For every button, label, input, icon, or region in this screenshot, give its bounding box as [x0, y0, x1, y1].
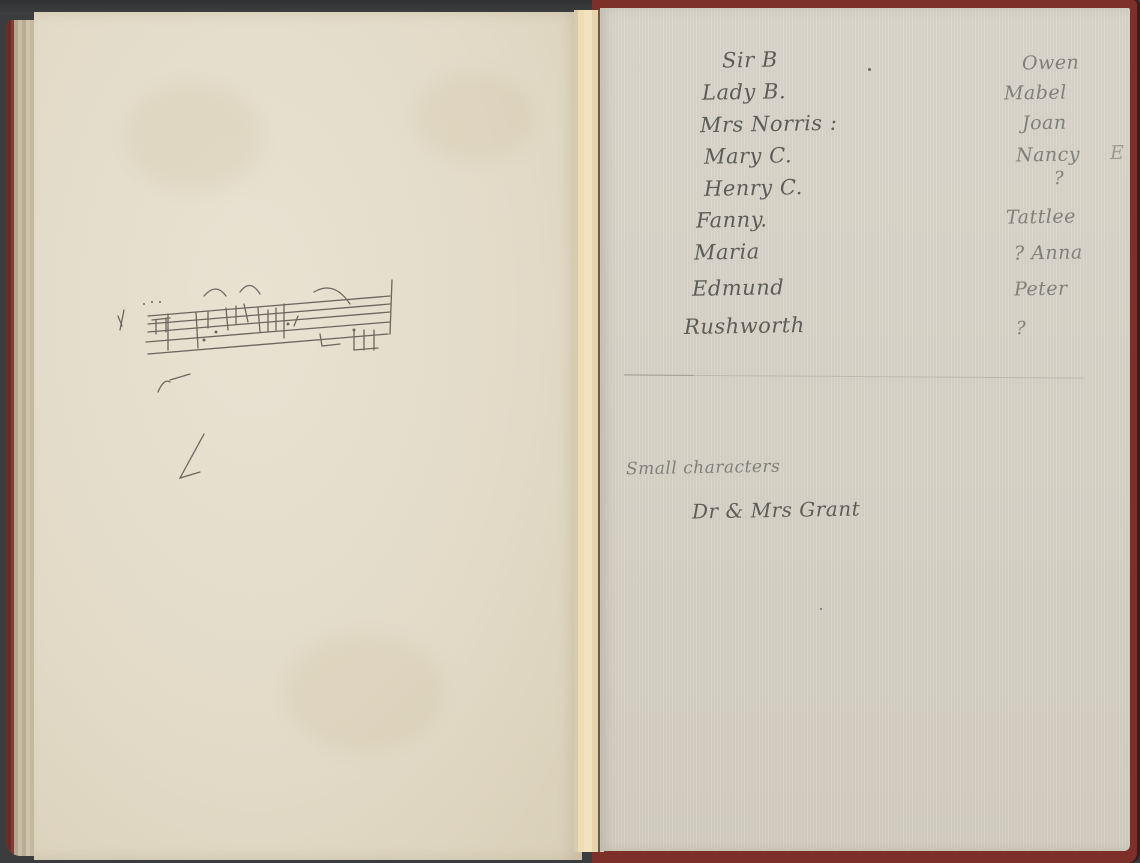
- character-name: Henry C.: [704, 175, 803, 201]
- actor-name: ? Anna: [1014, 241, 1083, 264]
- character-name: Fanny.: [696, 207, 768, 232]
- right-page: [600, 8, 1130, 851]
- character-name: Sir B: [722, 48, 778, 73]
- actor-name: ?: [1054, 168, 1065, 189]
- actor-name: Tattlee: [1006, 205, 1076, 228]
- pencil-dot: [820, 608, 822, 610]
- character-name: Mary C.: [704, 143, 793, 169]
- actor-name: ?: [1016, 318, 1027, 339]
- actor-name: Mabel: [1004, 81, 1067, 104]
- section-heading: Small characters: [626, 457, 781, 480]
- character-name: Rushworth: [684, 313, 805, 339]
- paper-stain: [284, 632, 444, 752]
- small-characters-entry: Dr & Mrs Grant: [692, 497, 861, 524]
- left-cover-board: [6, 20, 36, 856]
- character-name: Mrs Norris :: [700, 111, 838, 137]
- music-notation-sketch: [108, 274, 404, 484]
- actor-name: Joan: [1022, 112, 1067, 135]
- paper-stain: [414, 72, 534, 162]
- character-name: Lady B.: [702, 79, 786, 104]
- margin-mark: E: [1110, 142, 1125, 164]
- actor-name: Owen: [1022, 52, 1080, 75]
- character-name: Maria: [694, 239, 760, 264]
- actor-name: Nancy: [1016, 143, 1080, 166]
- actor-name: Peter: [1014, 278, 1068, 301]
- paper-stain: [124, 82, 264, 192]
- character-name: Edmund: [692, 275, 785, 301]
- pencil-dot: [868, 68, 871, 71]
